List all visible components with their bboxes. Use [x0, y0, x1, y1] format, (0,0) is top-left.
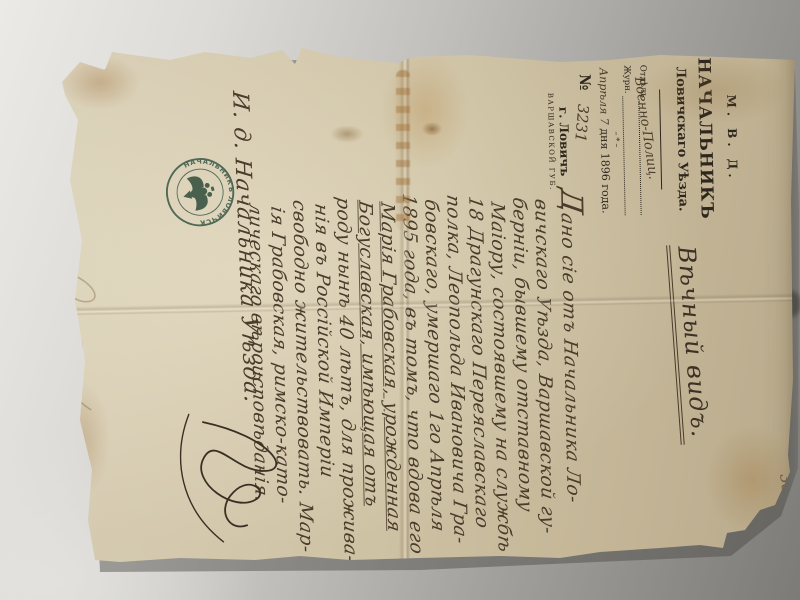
letterhead-office: НАЧАЛЬНИКЪ [693, 43, 717, 233]
chief-signature-flourish [179, 406, 302, 548]
letterhead-ministry: М. В. Д. [723, 43, 741, 233]
date-printed: дня 1896 года. [598, 128, 613, 214]
date-handwritten: Апрѣля 7 [597, 68, 611, 125]
double-headed-eagle-emblem [179, 172, 219, 213]
document-heading: Вѣчный видъ. [666, 243, 715, 445]
letterhead-district: Ловичскаго Уѣзда. [672, 44, 691, 234]
document-paper: М. В. Д. НАЧАЛЬНИКЪ Ловичскаго Уѣзда. От… [0, 0, 800, 600]
dept-handwritten-value: Военно-Полиц. [631, 76, 661, 181]
journal-dotted-line [622, 96, 634, 215]
document-content: М. В. Д. НАЧАЛЬНИКЪ Ловичскаго Уѣзда. От… [49, 24, 800, 584]
number-handwritten-value: 3231 [571, 103, 592, 143]
photo-stage: М. В. Д. НАЧАЛЬНИКЪ Ловичскаго Уѣзда. От… [0, 0, 800, 600]
number-label: № [576, 74, 594, 91]
